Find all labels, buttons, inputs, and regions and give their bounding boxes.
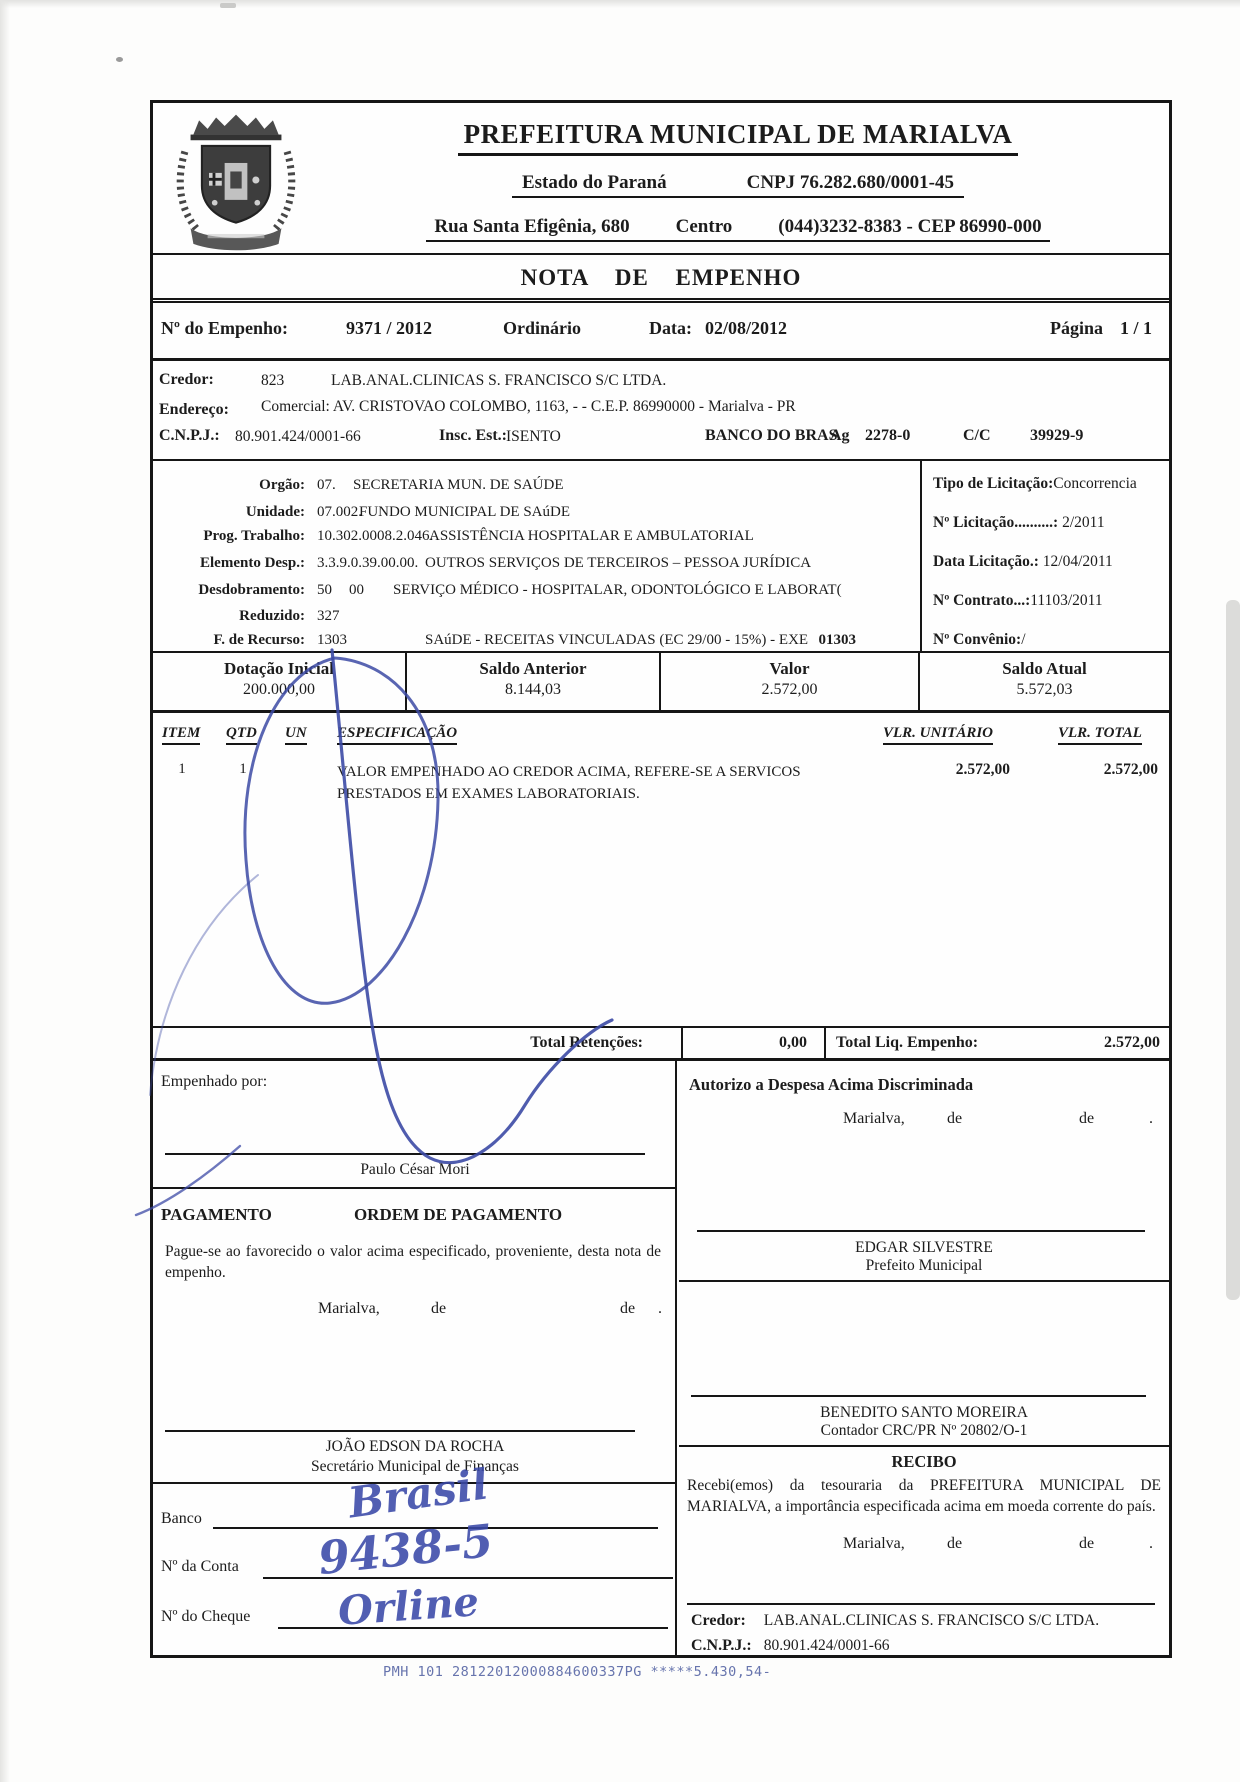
retencoes-label: Total Retenções: — [353, 1034, 643, 1052]
insc-est-label: Insc. Est.: — [439, 427, 507, 445]
liq-empenho-label: Total Liq. Empenho: — [836, 1034, 978, 1052]
budget-divider — [920, 461, 922, 653]
recibo-credor-line: Credor: LAB.ANAL.CLINICAS S. FRANCISCO S… — [691, 1612, 1165, 1630]
scan-artifact — [1226, 600, 1240, 1300]
accountant-name: BENEDITO SANTO MOREIRA — [679, 1404, 1169, 1422]
budget-row: Elemento Desp.: 3.3.9.0.39.00.00. OUTROS… — [153, 555, 913, 577]
form-header: PREFEITURA MUNICIPAL DE MARIALVA Estado … — [153, 103, 1169, 255]
section-divider — [153, 1187, 675, 1189]
budget-row: Prog. Trabalho: 10.302.0008.2.046. ASSIS… — [153, 528, 913, 550]
municipal-coat-of-arms-icon — [165, 109, 307, 251]
dotacao-cell: Saldo Anterior 8.144,03 — [407, 653, 661, 713]
budget-row: F. de Recurso: 1303 SAúDE - RECEITAS VIN… — [153, 632, 913, 654]
retencoes-row: Total Retenções: 0,00 Total Liq. Empenho… — [153, 1028, 1169, 1061]
page-indicator-value: 1 / 1 — [1120, 318, 1152, 339]
licitacao-row: Nº Convênio:/ — [933, 631, 1026, 649]
empenho-form: PREFEITURA MUNICIPAL DE MARIALVA Estado … — [150, 100, 1172, 1658]
mayor-role: Prefeito Municipal — [679, 1257, 1169, 1275]
section-divider — [679, 1280, 1169, 1282]
licitacao-row: Nº Contrato...:11103/2011 — [933, 592, 1103, 610]
recibo-cnpj-line: C.N.P.J.: 80.901.424/0001-66 — [691, 1637, 1165, 1655]
insc-est-value: ISENTO — [506, 428, 561, 446]
scan-artifact — [220, 3, 236, 8]
autorizo-title: Autorizo a Despesa Acima Discriminada — [689, 1075, 973, 1095]
entity-district: Centro — [676, 216, 733, 238]
doc-title-band: NOTA DE EMPENHO — [153, 255, 1169, 303]
entity-phone-cep: (044)3232-8383 - CEP 86990-000 — [778, 216, 1041, 238]
items-header-un: UN — [285, 725, 307, 745]
agencia-label: Ag — [830, 427, 850, 445]
retencoes-divider — [681, 1028, 683, 1061]
signature-line — [165, 1430, 635, 1432]
signature-line — [165, 1153, 645, 1155]
empenho-number-value: 9371 / 2012 — [346, 318, 432, 339]
agencia-value: 2278-0 — [865, 427, 910, 445]
items-header-unit: VLR. UNITÁRIO — [883, 725, 993, 745]
licitacao-row: Tipo de Licitação:Concorrencia — [933, 475, 1137, 493]
licitacao-row: Nº Licitação..........: 2/2011 — [933, 514, 1105, 532]
signatures-area: Empenhado por: Paulo César Mori PAGAMENT… — [153, 1061, 1169, 1655]
banco-field-label: Banco — [161, 1510, 202, 1528]
conta-corrente-value: 39929-9 — [1030, 427, 1083, 445]
budget-row: Orgão: 07. SECRETARIA MUN. DE SAÚDE — [153, 477, 913, 499]
empenhado-por-label: Empenhado por: — [161, 1073, 267, 1091]
pagamento-title: PAGAMENTO — [161, 1205, 272, 1225]
empenho-number-row: Nº do Empenho: 9371 / 2012 Ordinário Dat… — [153, 303, 1169, 361]
scan-artifact — [0, 0, 1240, 8]
left-signatures-column: Empenhado por: Paulo César Mori PAGAMENT… — [153, 1061, 677, 1655]
entity-street: Rua Santa Efigênia, 680 — [434, 216, 629, 238]
dot-matrix-footer: PMH 101 28122012000884600337PG *****5.43… — [383, 1664, 771, 1680]
retencoes-value: 0,00 — [693, 1034, 807, 1052]
retencoes-divider — [824, 1028, 826, 1061]
cnpj-value: 80.901.424/0001-66 — [235, 428, 361, 446]
conta-corrente-label: C/C — [963, 427, 991, 445]
items-table: ITEM QTD UN ESPECIFICAÇÃO VLR. UNITÁRIO … — [153, 713, 1169, 1028]
liq-empenho-value: 2.572,00 — [1023, 1034, 1160, 1052]
entity-cnpj: CNPJ 76.282.680/0001-45 — [747, 172, 954, 194]
dotacao-totals-row: Dotação Inicial 200.000,00 Saldo Anterio… — [153, 653, 1169, 713]
budget-row: Desdobramento: 50 00 SERVIÇO MÉDICO - HO… — [153, 582, 913, 604]
cheque-handwriting: Orline — [337, 1578, 481, 1635]
conta-handwriting: 9438-5 — [316, 1514, 496, 1585]
dotacao-cell: Valor 2.572,00 — [661, 653, 920, 713]
ordem-pagamento-title: ORDEM DE PAGAMENTO — [303, 1205, 613, 1225]
doc-title: NOTA DE EMPENHO — [153, 265, 1169, 291]
items-header-item: ITEM — [162, 725, 200, 745]
section-divider — [679, 1445, 1169, 1447]
items-header-qtd: QTD — [226, 725, 257, 745]
entity-title: PREFEITURA MUNICIPAL DE MARIALVA — [458, 119, 1019, 156]
signer-name: JOÃO EDSON DA ROCHA — [153, 1438, 677, 1456]
empenho-number-label: Nº do Empenho: — [161, 318, 288, 339]
empenho-date-value: 02/08/2012 — [705, 318, 787, 339]
cnpj-label: C.N.P.J.: — [159, 427, 220, 445]
banco-name: BANCO DO BRAS — [705, 427, 837, 445]
credor-block: Credor: 823 LAB.ANAL.CLINICAS S. FRANCIS… — [153, 361, 1169, 461]
recibo-title: RECIBO — [679, 1452, 1169, 1472]
accountant-role: Contador CRC/PR Nº 20802/O-1 — [679, 1422, 1169, 1440]
signer-name: Paulo César Mori — [153, 1161, 677, 1179]
budget-block: Orgão: 07. SECRETARIA MUN. DE SAÚDE Unid… — [153, 461, 1169, 653]
licitacao-row: Data Licitação.: 12/04/2011 — [933, 553, 1113, 571]
credor-name: LAB.ANAL.CLINICAS S. FRANCISCO S/C LTDA. — [331, 372, 666, 390]
items-header-total: VLR. TOTAL — [1058, 725, 1142, 745]
endereco-label: Endereço: — [159, 401, 229, 419]
scanned-page: PREFEITURA MUNICIPAL DE MARIALVA Estado … — [0, 0, 1240, 1782]
recibo-text: Recebi(emos) da tesouraria da PREFEITURA… — [687, 1475, 1161, 1517]
signature-line — [687, 1603, 1155, 1605]
page-indicator-label: Página — [1050, 318, 1103, 339]
right-signatures-column: Autorizo a Despesa Acima Discriminada Ma… — [679, 1061, 1169, 1655]
mayor-name: EDGAR SILVESTRE — [679, 1239, 1169, 1257]
dotacao-cell: Dotação Inicial 200.000,00 — [153, 653, 407, 713]
items-header-espec: ESPECIFICAÇÃO — [337, 725, 457, 745]
ordem-pagamento-text: Pague-se ao favorecido o valor acima esp… — [165, 1241, 661, 1283]
scan-artifact — [0, 0, 10, 1782]
entity-state: Estado do Paraná — [522, 172, 667, 194]
dotacao-cell: Saldo Atual 5.572,03 — [920, 653, 1169, 713]
conta-field-label: Nº da Conta — [161, 1558, 239, 1576]
empenho-date-label: Data: — [649, 318, 692, 339]
budget-row: Reduzido: 327 — [153, 608, 913, 630]
signature-line — [697, 1230, 1145, 1232]
cheque-field-label: Nº do Cheque — [161, 1608, 250, 1626]
cheque-fill-line — [278, 1627, 668, 1629]
scan-artifact — [116, 57, 123, 62]
endereco-value: Comercial: AV. CRISTOVAO COLOMBO, 1163, … — [261, 398, 796, 416]
signature-line — [691, 1395, 1146, 1397]
credor-label: Credor: — [159, 371, 214, 389]
empenho-modality: Ordinário — [503, 318, 581, 339]
budget-row: Unidade: 07.002. FUNDO MUNICIPAL DE SAúD… — [153, 504, 913, 526]
credor-code: 823 — [261, 372, 284, 390]
